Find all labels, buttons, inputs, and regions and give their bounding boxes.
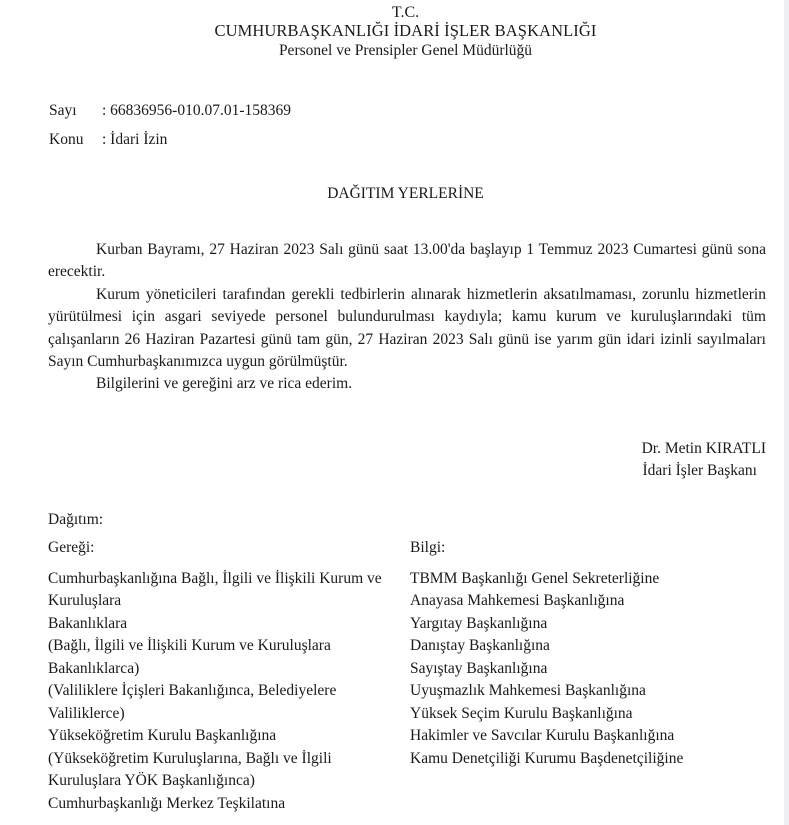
meta-konu: Konu: İdari İzin — [49, 130, 167, 150]
list-item: (Yükseköğretim Kuruluşlarına, Bağlı ve İ… — [48, 748, 388, 793]
distribution-gerekli-column: Gereği: Cumhurbaşkanlığına Bağlı, İlgili… — [48, 537, 388, 815]
body-paragraph-1: Kurban Bayramı, 27 Haziran 2023 Salı gün… — [48, 239, 766, 284]
sayi-label: Sayı — [49, 101, 102, 121]
bilgi-heading: Bilgi: — [410, 537, 750, 560]
sayi-value: : 66836956-010.07.01-158369 — [102, 102, 291, 119]
body-paragraph-3: Bilgilerini ve gereğini arz ve rica eder… — [48, 373, 766, 395]
header-tc: T.C. — [0, 4, 789, 22]
list-item: Sayıştay Başkanlığına — [410, 658, 750, 681]
header-organization: CUMHURBAŞKANLIĞI İDARİ İŞLER BAŞKANLIĞI — [0, 21, 789, 41]
page-edge — [784, 0, 789, 825]
recipient-heading: DAĞITIM YERLERİNE — [0, 184, 789, 204]
meta-sayi: Sayı: 66836956-010.07.01-158369 — [49, 101, 291, 121]
list-item: Danıştay Başkanlığına — [410, 635, 750, 658]
gerekli-list: Cumhurbaşkanlığına Bağlı, İlgili ve İliş… — [48, 568, 388, 816]
list-item: Yargıtay Başkanlığına — [410, 613, 750, 636]
list-item: Hakimler ve Savcılar Kurulu Başkanlığına — [410, 725, 750, 748]
paragraph-text: Bilgilerini ve gereğini arz ve rica eder… — [48, 373, 766, 395]
list-item: Yüksek Seçim Kurulu Başkanlığına — [410, 703, 750, 726]
signature-name: Dr. Metin KIRATLI — [566, 438, 766, 460]
signature-title: İdari İşler Başkanı — [557, 460, 757, 482]
body-paragraph-2: Kurum yöneticileri tarafından gerekli te… — [48, 284, 766, 373]
paragraph-text: Kurum yöneticileri tarafından gerekli te… — [48, 284, 766, 373]
list-item: Cumhurbaşkanlığı Merkez Teşkilatına — [48, 793, 388, 816]
header-department: Personel ve Prensipler Genel Müdürlüğü — [0, 41, 789, 61]
gerekli-heading: Gereği: — [48, 537, 388, 560]
konu-value: : İdari İzin — [102, 131, 167, 148]
list-item: Yükseköğretim Kurulu Başkanlığına — [48, 725, 388, 748]
list-item: Anayasa Mahkemesi Başkanlığına — [410, 590, 750, 613]
bilgi-list: TBMM Başkanlığı Genel Sekreterliğine Ana… — [410, 568, 750, 771]
list-item: Kamu Denetçiliği Kurumu Başdenetçiliğine — [410, 748, 750, 771]
list-item: Cumhurbaşkanlığına Bağlı, İlgili ve İliş… — [48, 568, 388, 613]
list-item: Bakanlıklara — [48, 613, 388, 636]
list-item: (Valiliklere İçişleri Bakanlığınca, Bele… — [48, 680, 388, 725]
document-page: T.C. CUMHURBAŞKANLIĞI İDARİ İŞLER BAŞKAN… — [0, 0, 784, 825]
list-item: (Bağlı, İlgili ve İlişkili Kurum ve Kuru… — [48, 635, 388, 680]
distribution-label: Dağıtım: — [48, 510, 103, 530]
paragraph-text: Kurban Bayramı, 27 Haziran 2023 Salı gün… — [48, 239, 766, 284]
list-item: Uyuşmazlık Mahkemesi Başkanlığına — [410, 680, 750, 703]
list-item: TBMM Başkanlığı Genel Sekreterliğine — [410, 568, 750, 591]
distribution-bilgi-column: Bilgi: TBMM Başkanlığı Genel Sekreterliğ… — [410, 537, 750, 770]
konu-label: Konu — [49, 130, 102, 150]
